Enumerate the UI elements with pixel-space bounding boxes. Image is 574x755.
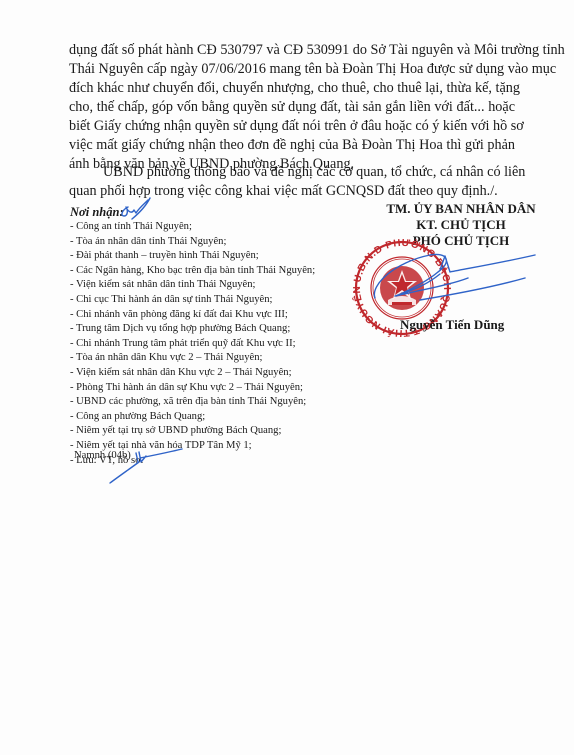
body-line: đích khác như chuyển đổi, chuyển nhượng,…: [69, 79, 515, 98]
recipient-item: - UBND các phường, xã trên địa bàn tỉnh …: [70, 395, 315, 410]
recipient-item: - Viện kiểm sát nhân dân tỉnh Thái Nguyê…: [70, 278, 315, 293]
signature-title-line: TM. ỦY BAN NHÂN DÂN: [376, 201, 546, 217]
recipients-title: Nơi nhận:: [70, 205, 124, 220]
body-line: việc mất giấy chứng nhận theo đơn đề ngh…: [69, 136, 515, 155]
recipient-item: - Tòa án nhân dân Khu vực 2 – Thái Nguyê…: [70, 351, 315, 366]
signature-title-line: KT. CHỦ TỊCH: [376, 217, 546, 233]
recipient-item: - Niêm yết tại trụ sở UBND phường Bách Q…: [70, 424, 315, 439]
recipients-list: - Công an tỉnh Thái Nguyên; - Tòa án nhâ…: [70, 220, 315, 468]
body-line: quan phối hợp trong việc công khai việc …: [69, 182, 515, 201]
body-line: UBND phường thông báo và đề nghị các cơ …: [103, 163, 515, 182]
recipient-item: - Phòng Thi hành án dân sự Khu vực 2 – T…: [70, 381, 315, 396]
recipient-item: - Chi nhánh Trung tâm phát triển quỹ đất…: [70, 337, 315, 352]
national-emblem-icon: [380, 266, 424, 310]
recipient-item: - Viện kiểm sát nhân dân Khu vực 2 – Thá…: [70, 366, 315, 381]
drafter-note: Namnh (04b): [74, 449, 131, 463]
recipient-item: - Trung tâm Dịch vụ tổng hợp phường Bách…: [70, 322, 315, 337]
body-line: biết Giấy chứng nhận quyền sử dụng đất n…: [69, 117, 515, 136]
body-line: dụng đất số phát hành CĐ 530797 và CĐ 53…: [69, 41, 515, 60]
recipient-item: - Các Ngân hàng, Kho bạc trên địa bàn tỉ…: [70, 264, 315, 279]
signature-icon: [374, 254, 535, 300]
recipient-item: - Công an tỉnh Thái Nguyên;: [70, 220, 315, 235]
signer-name: Nguyễn Tiến Dũng: [400, 317, 504, 333]
recipient-item: - Chi cục Thi hành án dân sự tỉnh Thái N…: [70, 293, 315, 308]
recipient-item: - Công an phường Bách Quang;: [70, 410, 315, 425]
recipient-item: - Đài phát thanh – truyền hình Thái Nguy…: [70, 249, 315, 264]
initial-mark-icon: [122, 198, 150, 219]
body-line: Thái Nguyên cấp ngày 07/06/2016 mang tên…: [69, 60, 515, 79]
recipient-item: - Chi nhánh văn phòng đăng kí đất đai Kh…: [70, 308, 315, 323]
recipient-item: - Tòa án nhân dân tỉnh Thái Nguyên;: [70, 235, 315, 250]
signature-title-line: PHÓ CHỦ TỊCH: [376, 233, 546, 249]
body-line: cho, thế chấp, góp vốn bằng quyền sử dụn…: [69, 98, 515, 117]
signature-block: TM. ỦY BAN NHÂN DÂN KT. CHỦ TỊCH PHÓ CHỦ…: [376, 201, 546, 249]
document-page: dụng đất số phát hành CĐ 530797 và CĐ 53…: [0, 0, 574, 755]
